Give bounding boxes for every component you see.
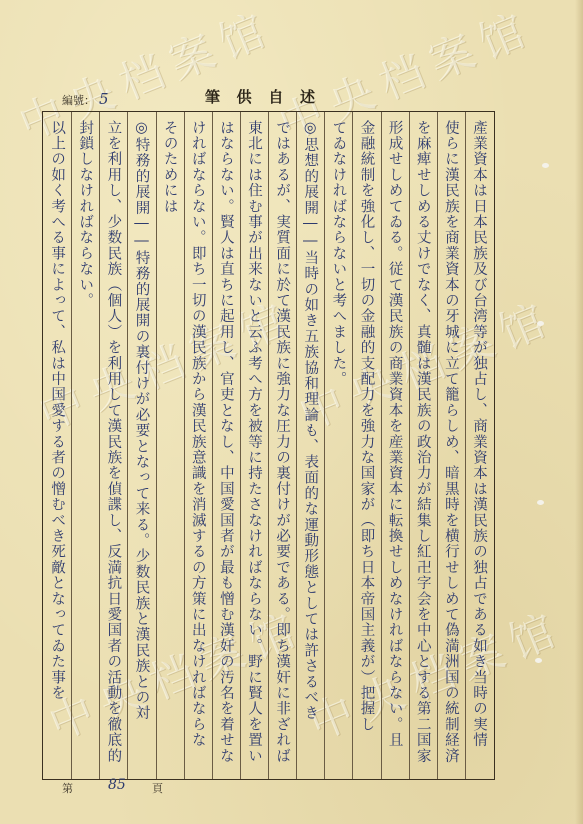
page-title: 筆 供 自 述 <box>205 86 315 107</box>
handwritten-column: 立を利用し、少数民族（個人）を利用して漢民族を偵諜し、反満抗日愛国者の活動を徹底… <box>100 120 126 770</box>
page-suffix: 頁 <box>152 780 163 796</box>
punch-hole <box>542 163 549 168</box>
document-page: 中央档案馆 中央档案馆 中央档案馆 中央档案馆 中央档案馆 中央档案馆 編號：5… <box>0 0 583 824</box>
serial-label: 編號： <box>62 94 95 107</box>
handwritten-column: 產業資本は日本民族及び台湾等が独占し、商業資本は漢民族の独占である如き当時の実情… <box>466 120 492 770</box>
title-char: 筆 <box>205 86 220 107</box>
handwritten-column: てゐなければならないと考へました。 <box>325 120 351 770</box>
page-number: 85 <box>108 777 126 793</box>
title-char: 述 <box>300 86 315 107</box>
handwritten-column: はならない。賢人は直ちに起用し、官吏となし、中国愛国者が最も憎む漢奸の汚名を着せ… <box>213 120 239 770</box>
punch-hole <box>537 500 544 505</box>
handwritten-column: そのためには <box>157 120 183 770</box>
handwritten-column: 以上の如く考へる事によって、私は中国愛する者の憎むべき死敵となってゐた事を <box>44 120 70 770</box>
handwritten-column: 形成せしめてゐる。従て漢民族の商業資本を産業資本に転換せしめなければならない。且 <box>382 120 408 770</box>
title-char: 自 <box>268 86 283 107</box>
handwritten-column: ければならない。即ち一切の漢民族から漢民族意識を消滅するの方策に出なければならな… <box>185 120 211 770</box>
handwritten-column: ◎特務的展開――特務的展開の裏付けが必要となって来る。少数民族と漢民族との対 <box>128 120 154 770</box>
handwritten-column: ではあるが、実質面に於て漢民族に強力な圧力の裏付けが必要である。即ち漢奸に非ざれ… <box>269 120 295 770</box>
punch-hole <box>535 658 542 663</box>
page-footer: 第 85 頁 <box>62 780 73 796</box>
paper-edge <box>575 0 583 824</box>
serial-value: 5 <box>99 90 109 108</box>
handwritten-column: 東北には住む事が出来ないと云ふ考へ方を被等に持たさなければならない。野に賢人を置… <box>241 120 267 770</box>
ruled-writing-frame: 產業資本は日本民族及び台湾等が独占し、商業資本は漢民族の独占である如き当時の実情… <box>42 111 495 780</box>
handwritten-column: 封鎖しなければならない。 <box>72 120 98 770</box>
page-prefix: 第 <box>62 782 73 795</box>
punch-hole <box>537 321 544 326</box>
handwritten-column: 使らに漢民族を商業資本の牙城に立て籠らしめ、暗黒時を横行せしめて偽満洲国の統制経… <box>438 120 464 770</box>
handwritten-column: ◎思想的展開――当時の如き五族協和理論も、表面的な運動形態としては許さるべき <box>297 120 323 770</box>
handwritten-column: 金融統制を強化し、一切の金融的支配力を強力な国家が（即ち日本帝国主義が）把握し <box>353 120 379 770</box>
serial-number: 編號：5 <box>62 90 109 108</box>
handwritten-column: を麻痺せしめる丈けでなく、真髄は漢民族の政治力が結集し紅卍字会を中心とする第二国… <box>410 120 436 770</box>
title-char: 供 <box>237 86 252 107</box>
